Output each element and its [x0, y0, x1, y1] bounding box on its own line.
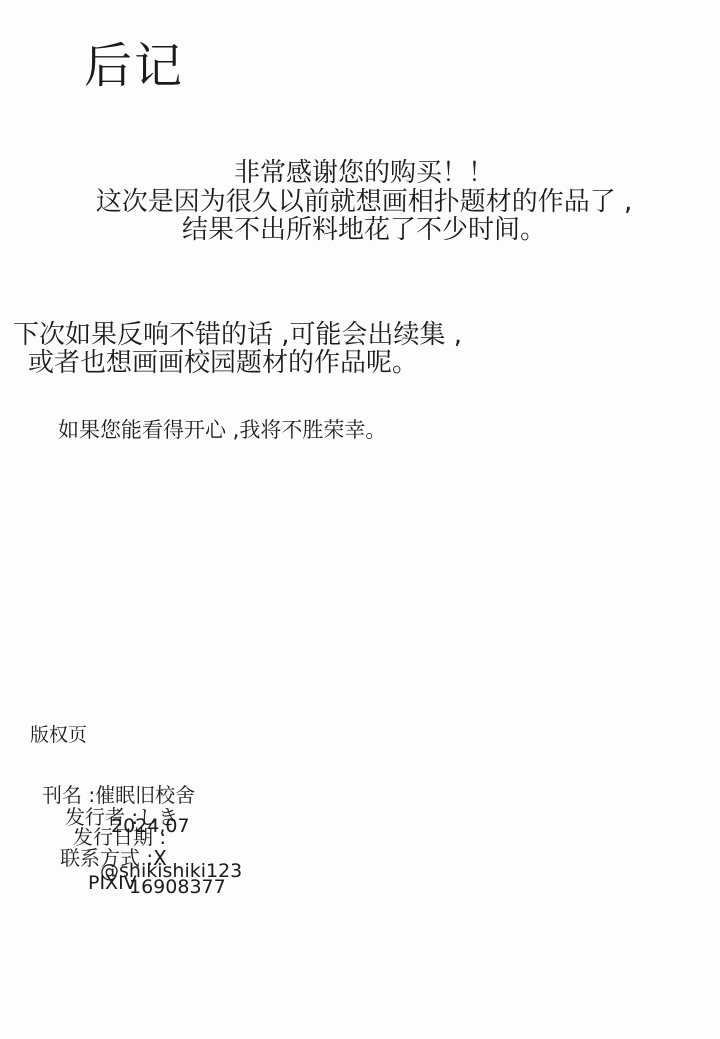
- thanks-line-1: 非常感谢您的购买！！: [8, 159, 720, 188]
- colophon-heading: 版权页: [30, 720, 87, 747]
- future-line-1: 下次如果反响不错的话 ,可能会出续集 ,: [13, 321, 433, 349]
- thanks-line-2: 这次是因为很久以前就想画相扑题材的作品了 ,: [8, 188, 720, 217]
- closing-line: 如果您能看得开心 ,我将不胜荣幸。: [58, 414, 386, 444]
- colophon-date-value: 2024,07: [111, 816, 190, 837]
- afterword-page: 后记 非常感谢您的购买！！ 这次是因为很久以前就想画相扑题材的作品了 , 结果不…: [0, 0, 720, 1039]
- colophon-platform-id: 16908377: [129, 877, 226, 898]
- future-plans-paragraph: 下次如果反响不错的话 ,可能会出续集 , 或者也想画画校园题材的作品呢。: [13, 321, 433, 377]
- thanks-line-3: 结果不出所料地花了不少时间。: [8, 216, 720, 245]
- page-title: 后记: [84, 40, 184, 93]
- colophon-book-title: 刊名 :催眠旧校舍: [42, 784, 195, 806]
- future-line-2: 或者也想画画校园题材的作品呢。: [13, 349, 433, 377]
- thanks-paragraph: 非常感谢您的购买！！ 这次是因为很久以前就想画相扑题材的作品了 , 结果不出所料…: [8, 159, 720, 245]
